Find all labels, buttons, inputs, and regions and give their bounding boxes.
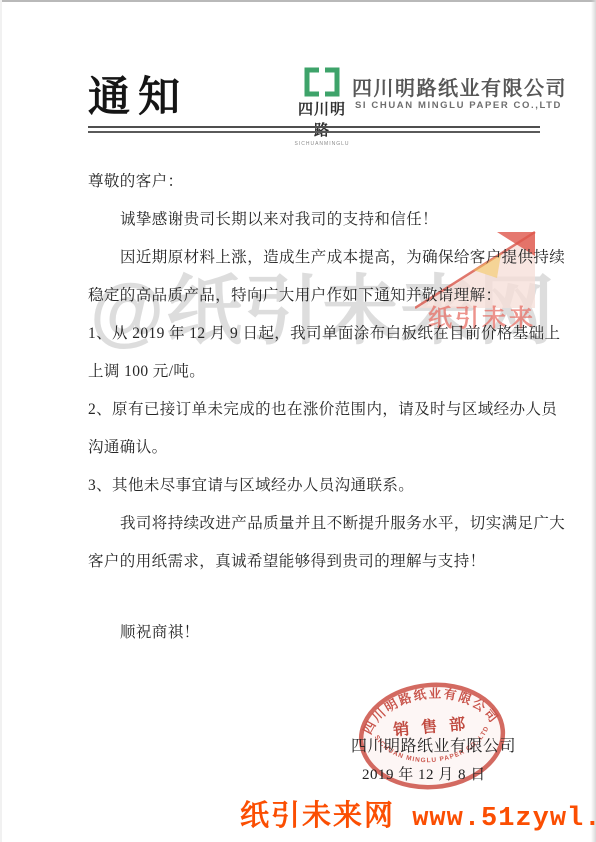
letter-line: 因近期原材料上涨，造成生产成本提高，为确保给客户提供持续 [88,239,553,277]
scan-edge-right [591,0,596,842]
company-logo: 四川明路 SICHUANMINGLU [292,67,352,147]
letter-line: 尊敬的客户： [88,163,553,201]
letter-line: 2、原有已接订单未完成的也在涨价范围内，请及时与区域经办人员 [88,391,553,429]
scan-edge-left [0,0,2,842]
header-divider [88,126,540,133]
letter-line: 沟通确认。 [88,429,553,467]
watermark-footer-site: 纸引未来网 [240,800,395,832]
letter-body: 尊敬的客户： 诚挚感谢贵司长期以来对我司的支持和信任！ 因近期原材料上涨，造成生… [88,163,553,652]
scanned-notice-page: 通知 四川明路 SICHUANMINGLU 四川明路纸业有限公司 SI CHUA… [0,0,596,842]
letter-line: 1、从 2019 年 12 月 9 日起，我司单面涂布白板纸在目前价格基础上 [88,315,553,353]
letter-line: 3、其他未尽事宜请与区域经办人员沟通联系。 [88,467,553,505]
bracket-logo-icon [303,67,341,97]
letter-line: 我司将持续改进产品质量并且不断提升服务水平，切实满足广大 [88,505,553,543]
letter-line: 诚挚感谢贵司长期以来对我司的支持和信任！ [88,201,553,239]
letter-line: 客户的用纸需求，真诚希望能够得到贵司的理解与支持！ [88,543,553,581]
signature-date: 2019 年 12 月 8 日 [362,763,486,784]
letter-line: 稳定的高品质产品，特向广大用户作如下通知并敬请理解： [88,277,553,315]
letter-closing: 顺祝商祺！ [88,614,553,652]
logo-caption: SICHUANMINGLU [292,141,352,147]
letter-line: 上调 100 元/吨。 [88,353,553,391]
signature-company: 四川明路纸业有限公司 [351,733,516,756]
watermark-footer: 纸引未来网 www.51zywl.com [240,793,596,834]
company-name-en: SI CHUAN MINGLU PAPER CO.,LTD [355,100,562,111]
logo-caption-text: SICHUANMINGLU [295,141,350,147]
company-name-cn: 四川明路纸业有限公司 [352,72,567,101]
page-title: 通知 [88,64,188,124]
scan-edge-top [0,0,596,2]
logo-name-cn: 四川明路 [292,98,352,140]
watermark-footer-url: www.51zywl.com [395,804,596,834]
